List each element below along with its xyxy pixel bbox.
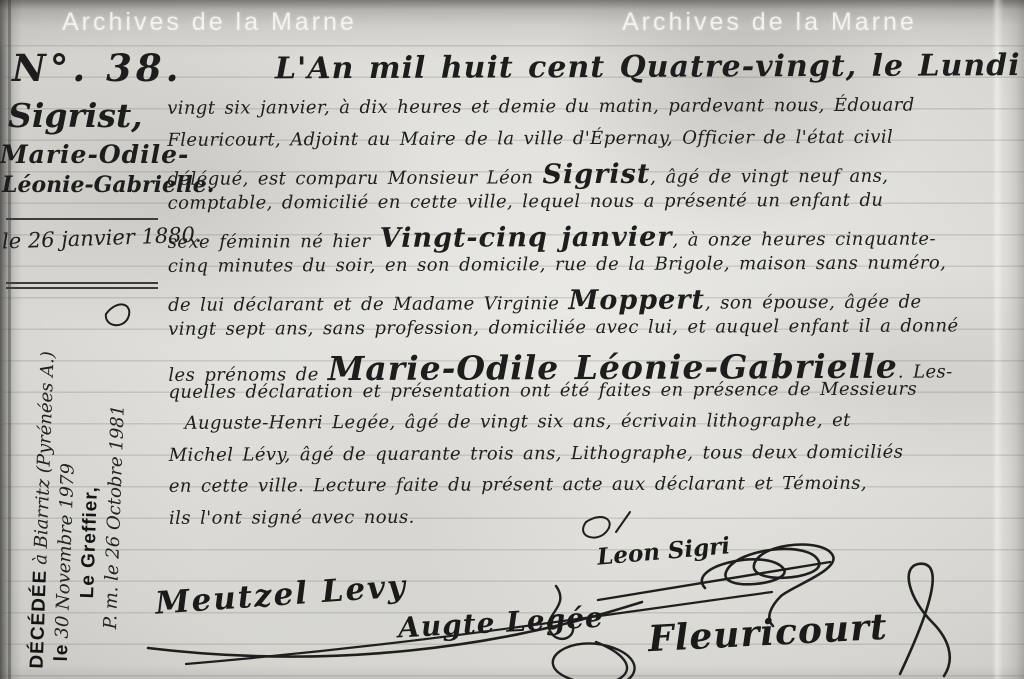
act-line: cinq minutes du soir, en son domicile, r… xyxy=(168,252,1016,287)
child-surname: Sigrist, xyxy=(8,96,143,135)
margin-rule xyxy=(6,282,158,284)
deceased-stamp: DÉCÉDÉE xyxy=(27,569,51,669)
clerk-stamp: Le Greffier, xyxy=(77,486,102,599)
legee-flourish xyxy=(553,642,635,679)
signature-michel-levy: Meutzel Levy xyxy=(154,568,408,622)
act-number: N°. 38. xyxy=(12,46,182,90)
act-line: vingt six janvier, à dix heures et demie… xyxy=(167,94,1015,129)
margin-column: N°. 38. Sigrist, Marie-Odile- Léonie-Gab… xyxy=(0,0,162,679)
signature-fleuricourt: Fleuricourt xyxy=(647,606,889,660)
act-body: L'An mil huit cent Quatre-vingt, le Lund… xyxy=(167,48,1017,539)
le-stamp: le xyxy=(51,643,73,662)
act-line: de lui déclarant et de Madame Virginie M… xyxy=(168,283,1016,318)
scanned-birth-act-page: Archives de la Marne Archives de la Marn… xyxy=(0,0,1024,679)
act-line: L'An mil huit cent Quatre-vingt, le Lund… xyxy=(167,48,1015,98)
signature-leon-sigrist: Leon Sigri xyxy=(596,532,731,571)
margin-rule xyxy=(6,287,158,289)
archives-watermark-right: Archives de la Marne xyxy=(622,8,917,37)
act-line: quelles déclaration et présentation ont … xyxy=(168,378,1016,413)
death-date: 30 Novembre 1979 xyxy=(52,463,79,639)
death-marginal-note: DÉCÉDÉE à Biarritz (Pyrénées A.) le 30 N… xyxy=(26,298,135,671)
act-line: vingt sept ans, sans profession, domicil… xyxy=(168,315,1016,350)
fleuricourt-flourish xyxy=(900,564,950,676)
act-line: Auguste-Henri Legée, âgé de vingt six an… xyxy=(169,409,1017,444)
act-line: Fleuricourt, Adjoint au Maire de la vill… xyxy=(167,126,1015,161)
margin-rule xyxy=(6,218,158,220)
act-line: en cette ville. Lecture faite du présent… xyxy=(169,472,1017,507)
act-line: sexe féminin né hier Vingt-cinq janvier,… xyxy=(168,220,1016,255)
signature-auguste-legee: Augte Legée xyxy=(397,601,604,645)
act-line: Michel Lévy, âgé de quarante trois ans, … xyxy=(169,441,1017,476)
act-line: délégué, est comparu Monsieur Léon Sigri… xyxy=(167,157,1015,192)
child-given-names-1: Marie-Odile- xyxy=(0,140,189,169)
act-line: comptable, domicilié en cette ville, leq… xyxy=(168,189,1016,224)
act-line: les prénoms de Marie-Odile Léonie-Gabrie… xyxy=(168,346,1016,381)
act-line: ils l'ont signé avec nous. xyxy=(169,504,1017,539)
